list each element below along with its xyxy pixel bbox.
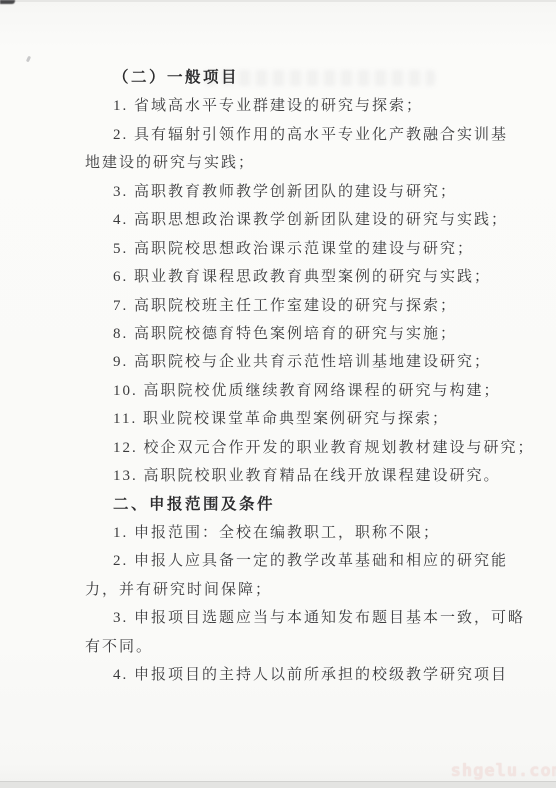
list-item: 13. 高职院校职业教育精品在线开放课程建设研究。 — [85, 462, 505, 490]
list-item: 7. 高职院校班主任工作室建设的研究与探索； — [85, 292, 505, 320]
list-item: 5. 高职院校思想政治课示范课堂的建设与研究； — [85, 235, 505, 263]
scan-bottom-edge — [0, 781, 556, 788]
list-item: 12. 校企双元合作开发的职业教育规划教材建设与研究； — [85, 434, 505, 462]
list-item: 1. 申报范围：全校在编教职工，职称不限； — [85, 519, 505, 547]
list-item: 4. 高职思想政治课教学创新团队建设的研究与实践； — [85, 206, 505, 234]
list-item: 1. 省域高水平专业群建设的研究与探索； — [85, 92, 505, 120]
list-item: 10. 高职院校优质继续教育网络课程的研究与构建； — [85, 377, 505, 405]
list-item: 3. 高职教育教师教学创新团队的建设与研究； — [85, 178, 505, 206]
list-item: 8. 高职院校德育特色案例培育的研究与实施； — [85, 320, 505, 348]
list-item: 2. 申报人应具备一定的教学改革基础和相应的研究能 — [85, 547, 505, 575]
list-item-continuation: 地建设的研究与实践； — [85, 149, 505, 177]
document-body: （二）一般项目 1. 省域高水平专业群建设的研究与探索； 2. 具有辐射引领作用… — [85, 64, 505, 690]
section-heading-application-scope: 二、申报范围及条件 — [85, 491, 505, 519]
scan-top-edge — [0, 0, 556, 2]
scanned-document-page: （二）一般项目 1. 省域高水平专业群建设的研究与探索； 2. 具有辐射引领作用… — [0, 0, 556, 788]
list-item: 2. 具有辐射引领作用的高水平专业化产教融合实训基 — [85, 121, 505, 149]
list-item-continuation: 有不同。 — [85, 633, 505, 661]
list-item: 6. 职业教育课程思政教育典型案例的研究与实践； — [85, 263, 505, 291]
list-item: 3. 申报项目选题应当与本通知发布题目基本一致，可略 — [85, 604, 505, 632]
scan-corner-mark — [0, 0, 15, 4]
list-item: 4. 申报项目的主持人以前所承担的校级教学研究项目 — [85, 661, 505, 689]
watermark: shgelu.com — [451, 761, 556, 781]
section-heading-general-projects: （二）一般项目 — [85, 64, 505, 92]
list-item-continuation: 力，并有研究时间保障； — [85, 576, 505, 604]
list-item: 9. 高职院校与企业共育示范性培训基地建设研究； — [85, 348, 505, 376]
list-item: 11. 职业院校课堂革命典型案例研究与探索； — [85, 405, 505, 433]
scan-speckle — [26, 56, 31, 63]
